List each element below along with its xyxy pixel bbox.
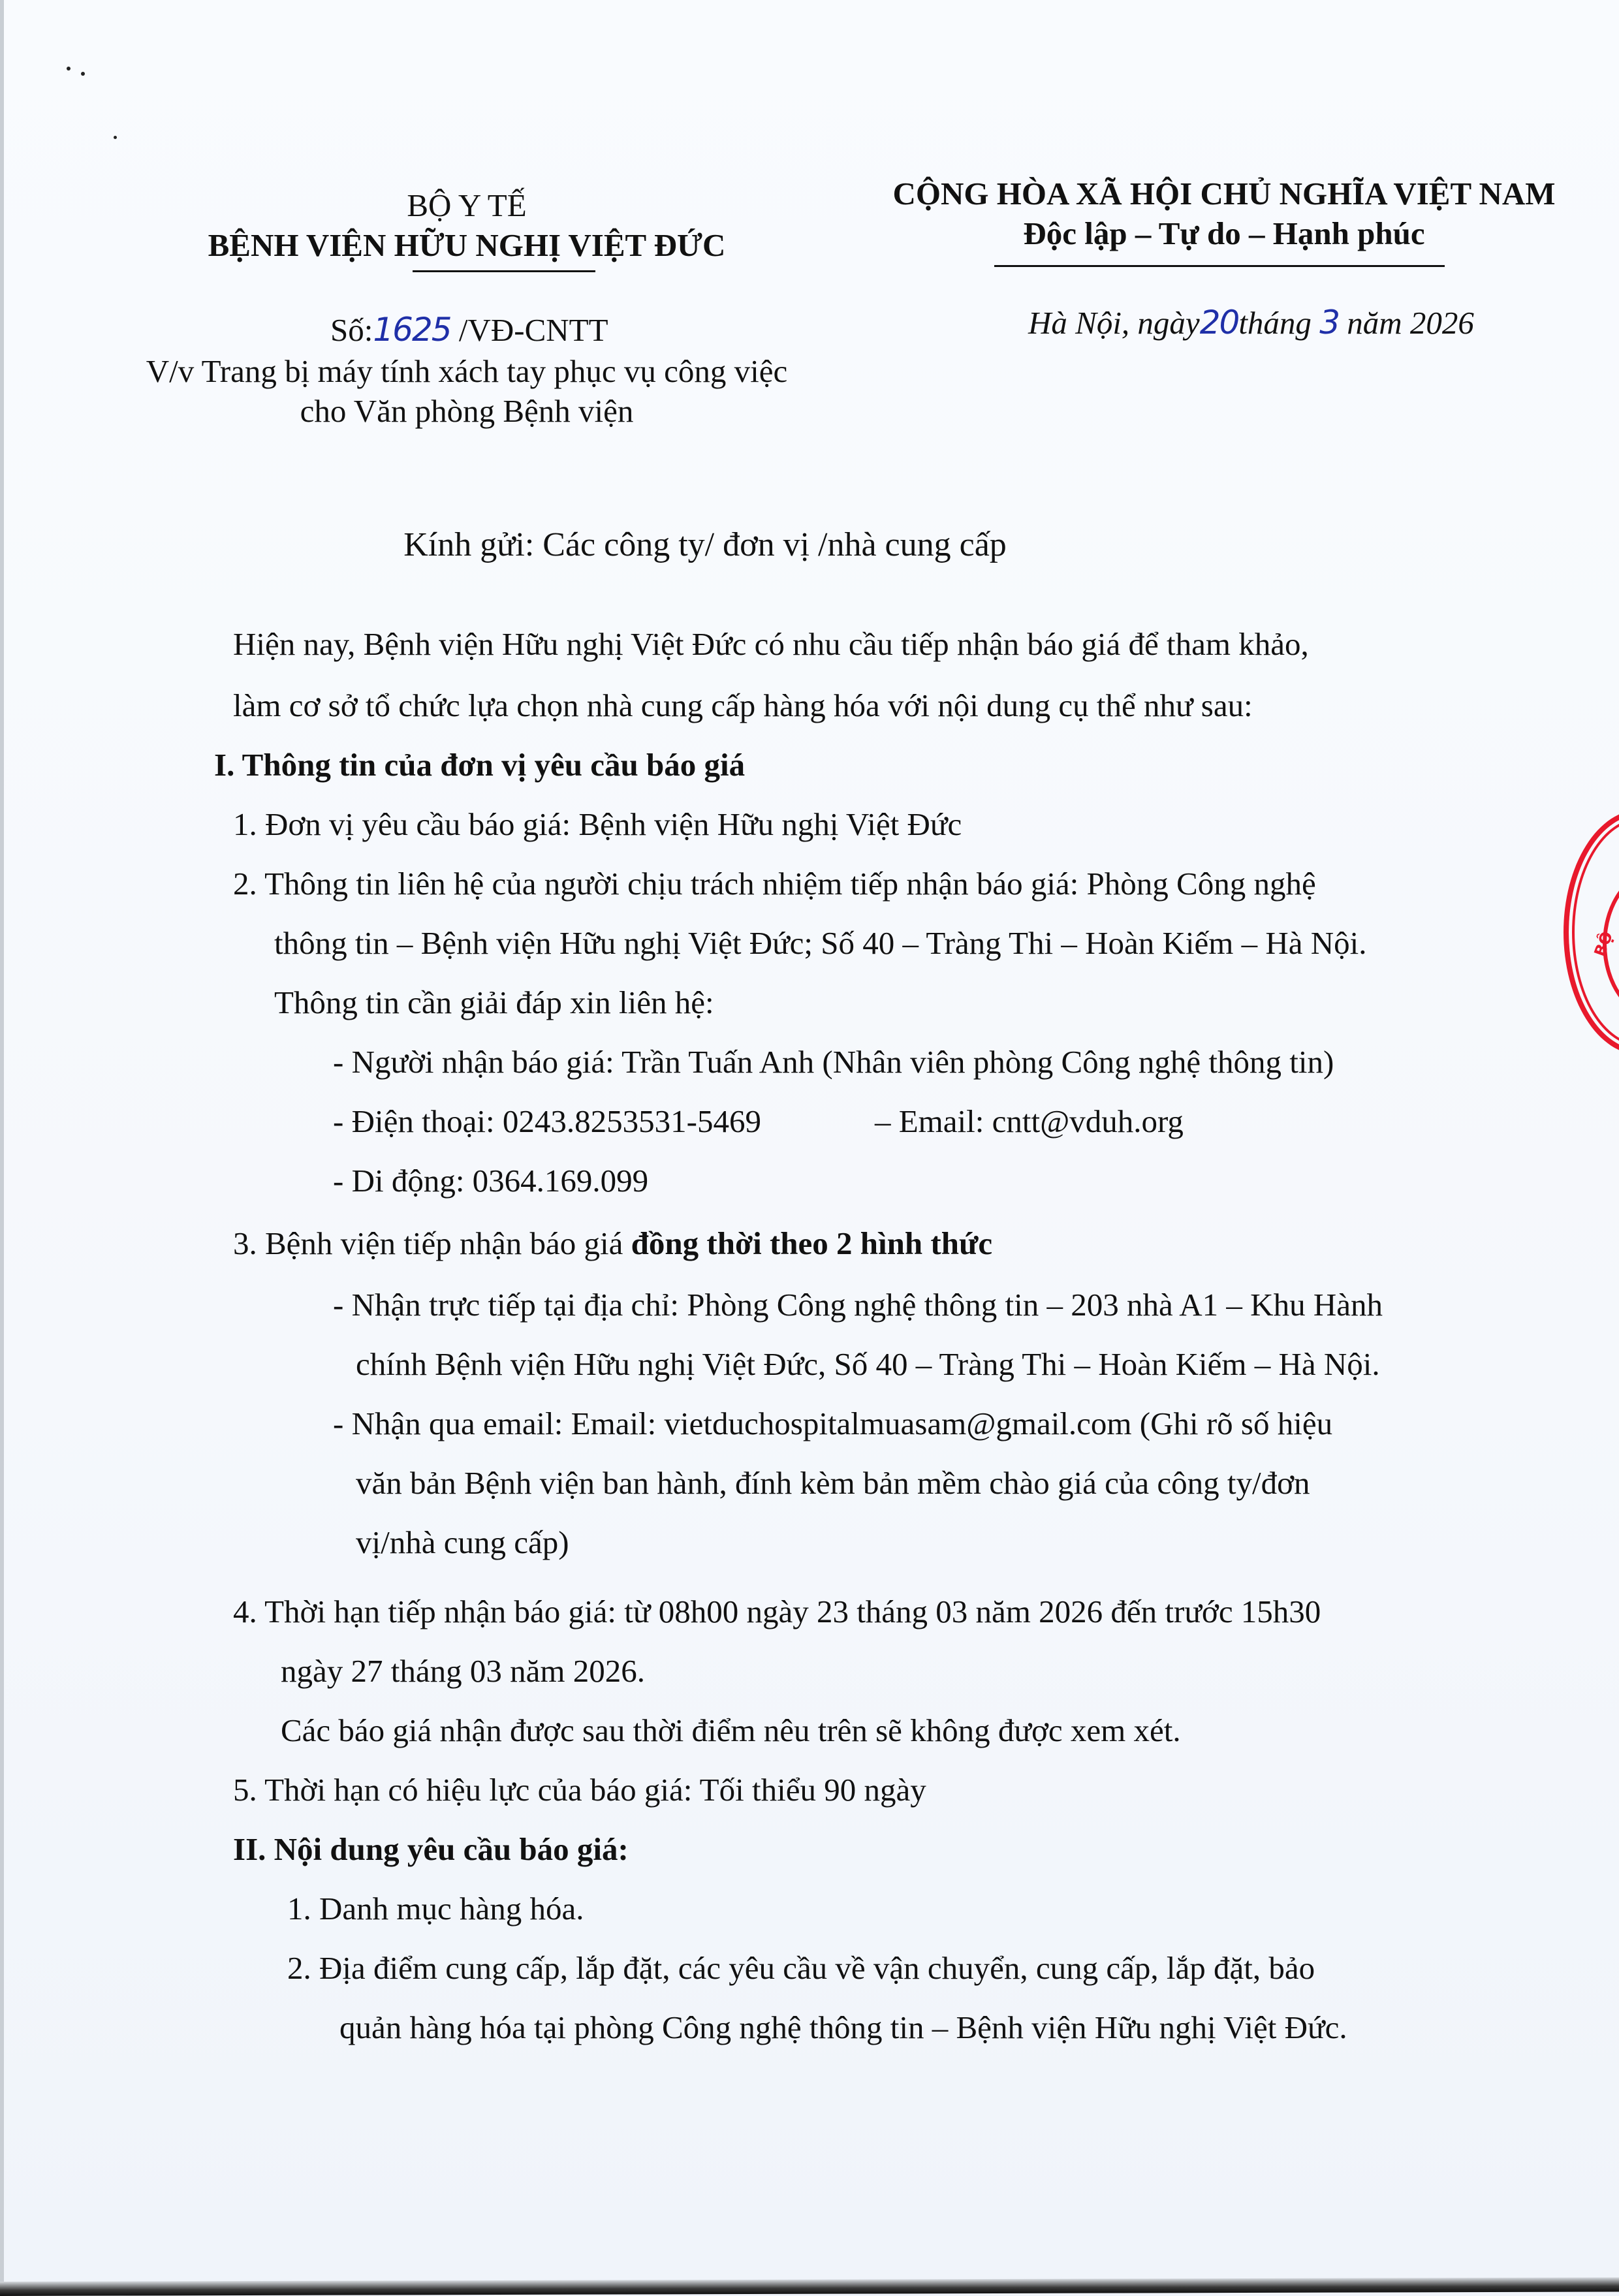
section-1-item-3: 3. Bệnh viện tiếp nhận báo giá đồng thời…	[233, 1213, 992, 1274]
section-2-item-1: 1. Danh mục hàng hóa.	[287, 1878, 584, 1940]
item-3-prefix: 3. Bệnh viện tiếp nhận báo giá	[233, 1225, 631, 1261]
direct-submission-line-1: - Nhận trực tiếp tại địa chỉ: Phòng Công…	[333, 1274, 1383, 1336]
national-motto: Độc lập – Tự do – Hạnh phúc	[862, 213, 1586, 253]
date-place: Hà Nội, ngày	[1028, 305, 1200, 341]
doc-number-suffix: /VĐ-CNTT	[459, 312, 608, 348]
scan-speck	[114, 136, 117, 139]
email-submission-line-2: văn bản Bệnh viện ban hành, đính kèm bản…	[356, 1453, 1310, 1514]
section-2-item-2-line-2: quản hàng hóa tại phòng Công nghệ thông …	[339, 1997, 1347, 2058]
section-1-item-1: 1. Đơn vị yêu cầu báo giá: Bệnh viện Hữu…	[233, 794, 962, 855]
date-line: Hà Nội, ngày20tháng 3 năm 2026	[1028, 302, 1474, 343]
section-1-item-2-line-1: 2. Thông tin liên hệ của người chịu trác…	[233, 853, 1316, 915]
contact-mobile: - Di động: 0364.169.099	[333, 1150, 648, 1212]
scan-edge-left	[0, 0, 4, 2296]
email-submission-line-3: vị/nhà cung cấp)	[356, 1512, 569, 1573]
subject-line-2: cho Văn phòng Bệnh viện	[104, 391, 829, 431]
salutation: Kính gửi: Các công ty/ đơn vị /nhà cung …	[0, 526, 1410, 564]
header-right: CỘNG HÒA XÃ HỘI CHỦ NGHĨA VIỆT NAM Độc l…	[862, 174, 1586, 254]
header-right-underline	[994, 265, 1445, 267]
scan-speck	[81, 72, 85, 76]
section-1-item-4-line-1: 4. Thời hạn tiếp nhận báo giá: từ 08h00 …	[233, 1581, 1321, 1643]
email-submission-line-1: - Nhận qua email: Email: vietduchospital…	[333, 1393, 1332, 1455]
section-1-item-2-line-2: thông tin – Bệnh viện Hữu nghị Việt Đức;…	[274, 913, 1366, 974]
date-month-handwritten: 3	[1319, 304, 1339, 341]
document-page: BỘ Y TẾ BỆNH VIỆN HỮU NGHỊ VIỆT ĐỨC Số:1…	[0, 0, 1619, 2296]
section-1-item-4-note: Các báo giá nhận được sau thời điểm nêu …	[281, 1700, 1181, 1761]
intro-line-2: làm cơ sở tổ chức lựa chọn nhà cung cấp …	[233, 675, 1253, 736]
header-left: BỘ Y TẾ BỆNH VIỆN HỮU NGHỊ VIỆT ĐỨC	[104, 185, 829, 266]
document-number: Số:1625 /VĐ-CNTT	[330, 309, 608, 351]
header-left-underline	[413, 270, 595, 272]
section-1-item-5: 5. Thời hạn có hiệu lực của báo giá: Tối…	[233, 1759, 926, 1821]
item-3-emphasis: đồng thời theo 2 hình thức	[631, 1225, 992, 1261]
date-day-handwritten: 20	[1200, 304, 1239, 341]
scan-speck	[67, 67, 71, 71]
scan-edge-bottom	[0, 2278, 1619, 2296]
direct-submission-line-2: chính Bệnh viện Hữu nghị Việt Đức, Số 40…	[356, 1334, 1380, 1395]
date-month-label: tháng	[1238, 305, 1312, 341]
doc-number-handwritten: 1625	[373, 311, 450, 349]
country-name: CỘNG HÒA XÃ HỘI CHỦ NGHĨA VIỆT NAM	[862, 174, 1586, 213]
date-year: năm 2026	[1347, 305, 1474, 341]
section-1-item-4-line-2: ngày 27 tháng 03 năm 2026.	[281, 1641, 645, 1702]
contact-phone: - Điện thoại: 0243.8253531-5469	[333, 1091, 761, 1152]
subject-block: V/v Trang bị máy tính xách tay phục vụ c…	[104, 351, 829, 432]
section-1-title: I. Thông tin của đơn vị yêu cầu báo giá	[214, 734, 745, 796]
subject-line-1: V/v Trang bị máy tính xách tay phục vụ c…	[104, 351, 829, 391]
intro-line-1: Hiện nay, Bệnh viện Hữu nghị Việt Đức có…	[233, 614, 1309, 675]
contact-email[interactable]: – Email: cntt@vduh.org	[875, 1091, 1184, 1152]
section-2-item-2-line-1: 2. Địa điểm cung cấp, lắp đặt, các yêu c…	[287, 1938, 1315, 1999]
doc-number-prefix: Số:	[330, 312, 373, 348]
ministry-name: BỘ Y TẾ	[104, 185, 829, 225]
section-2-title: II. Nội dung yêu cầu báo giá:	[233, 1819, 629, 1880]
hospital-name: BỆNH VIỆN HỮU NGHỊ VIỆT ĐỨC	[104, 225, 829, 265]
contact-person: - Người nhận báo giá: Trần Tuấn Anh (Nhâ…	[333, 1031, 1334, 1093]
section-1-item-2-line-3: Thông tin cần giải đáp xin liên hệ:	[274, 972, 714, 1033]
